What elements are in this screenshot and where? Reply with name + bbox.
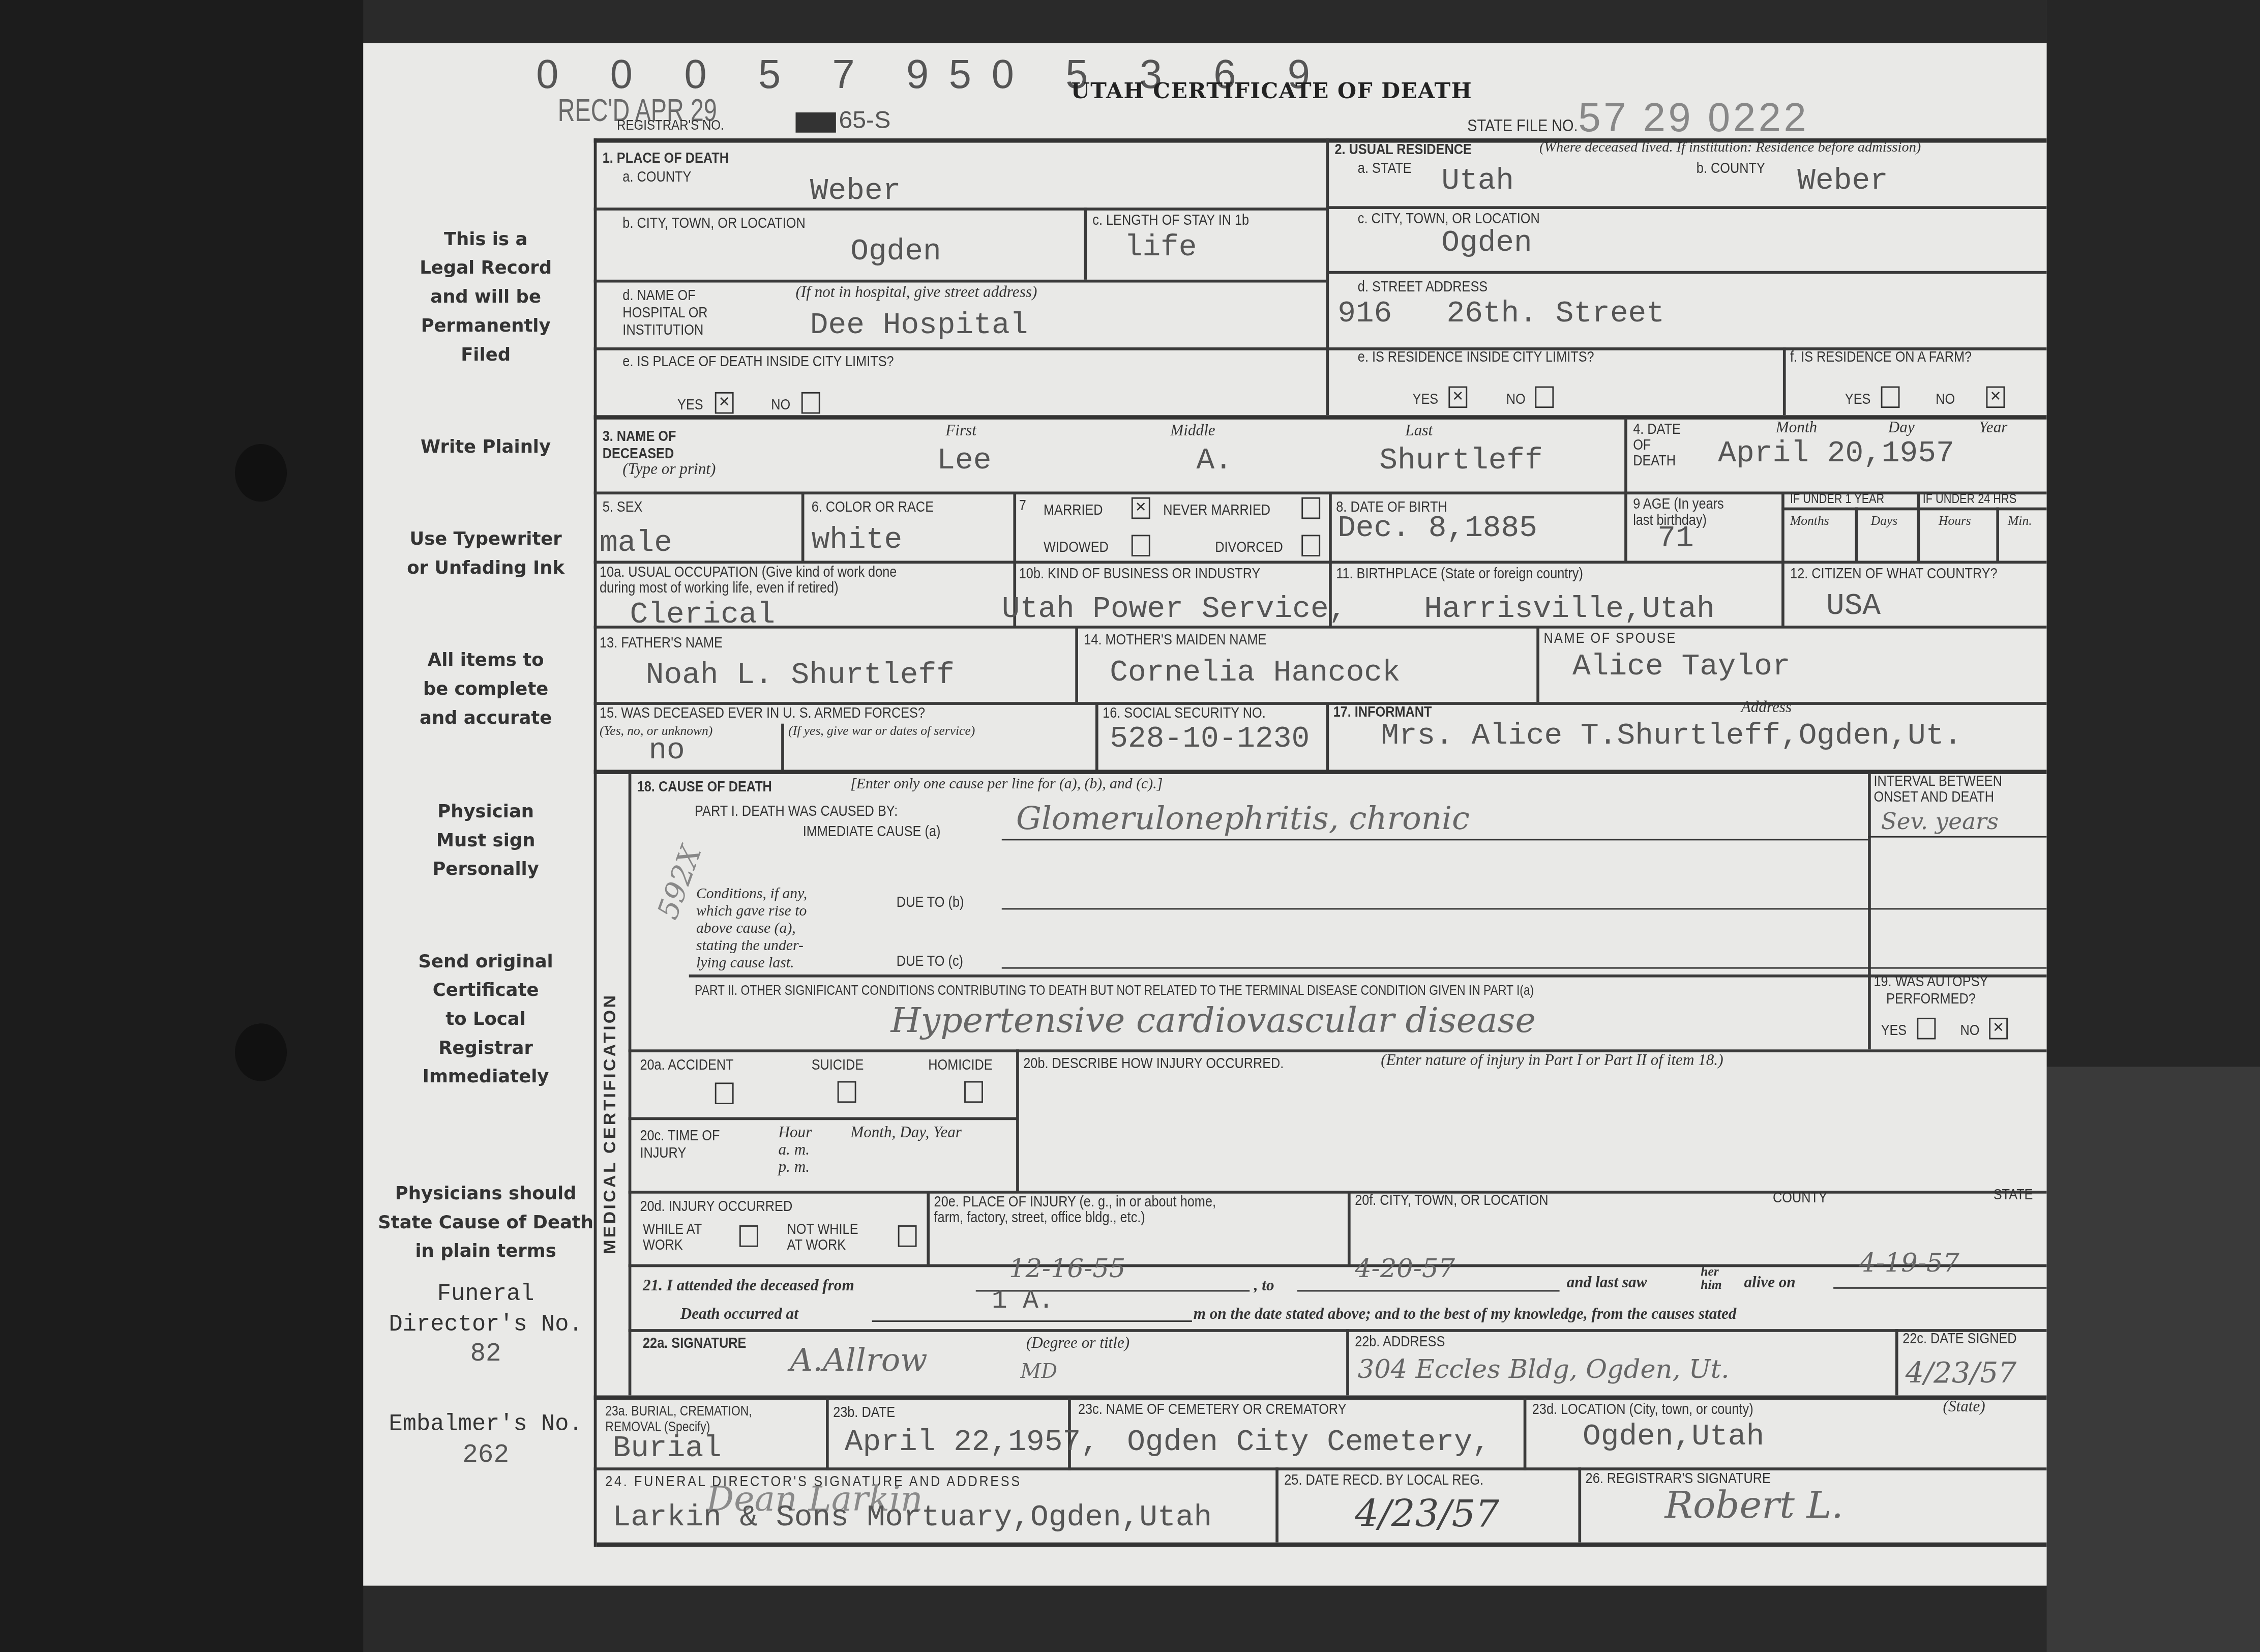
burial-state-label: (State) (1943, 1398, 1985, 1415)
pod-hospital-hint: (If not in hospital, give street address… (795, 284, 1037, 301)
res-street-label: d. STREET ADDRESS (1358, 278, 1488, 296)
autopsy-no-checkbox[interactable]: ✕ (1989, 1018, 2008, 1040)
divider (1326, 271, 2046, 274)
divider (1855, 508, 1857, 563)
age-value: 71 (1657, 523, 1693, 556)
homicide-label: HOMICIDE (928, 1056, 992, 1074)
divider (1833, 1287, 2046, 1289)
not-while-at-work-label: NOT WHILE AT WORK (787, 1222, 858, 1254)
divider (1781, 493, 1783, 626)
pod-yes-label: YES (677, 396, 703, 414)
conditions-hint: Conditions, if any, which gave rise to a… (696, 887, 807, 973)
res-city-label: c. CITY, TOWN, OR LOCATION (1358, 211, 1540, 228)
min-label: Min. (2008, 513, 2032, 527)
res-city-value: Ogden (1441, 228, 1532, 261)
res-city-limits-yes-label: YES (1413, 391, 1439, 408)
state-file-label: STATE FILE NO. (1467, 115, 1578, 136)
res-city-limits-label: e. IS RESIDENCE INSIDE CITY LIMITS? (1358, 349, 1594, 366)
autopsy-no-label: NO (1960, 1022, 1980, 1039)
divider (1868, 836, 2046, 838)
divider (1868, 773, 1871, 1049)
cause-of-death-hint: [Enter only one cause per line for (a), … (850, 777, 1163, 793)
res-street-value: 916 26th. Street (1337, 299, 1664, 332)
informant-address-label: Address (1741, 699, 1792, 717)
pod-county-label: a. COUNTY (622, 169, 691, 186)
sex-value: male (600, 527, 672, 560)
marital-number: 7 (1019, 497, 1026, 515)
spouse-label: NAME OF SPOUSE (1543, 630, 1676, 647)
divider (872, 1320, 1192, 1322)
mother-label: 14. MOTHER'S MAIDEN NAME (1084, 631, 1266, 648)
pod-city-limits-label: e. IS PLACE OF DEATH INSIDE CITY LIMITS? (622, 353, 894, 370)
autopsy-yes-checkbox[interactable] (1917, 1018, 1936, 1040)
divider (629, 1264, 2047, 1267)
due-to-b-label: DUE TO (b) (897, 894, 964, 911)
divider (826, 1398, 828, 1470)
middle-name-value: A. (1196, 446, 1232, 479)
divider (1781, 508, 2046, 510)
pod-county-value: Weber (810, 176, 901, 209)
due-to-c-label: DUE TO (c) (897, 953, 963, 970)
middle-name-label: Middle (1170, 422, 1215, 439)
divider (1578, 1467, 1580, 1542)
date-received-value: 4/23/57 (1355, 1493, 1499, 1537)
death-occurred-tail: m on the date stated above; and to the b… (1194, 1306, 1737, 1323)
never-married-label: NEVER MARRIED (1163, 501, 1270, 519)
scan-stage: This is a Legal Record and will be Perma… (0, 0, 2260, 1652)
burial-location-value: Ogden,Utah (1583, 1422, 1764, 1455)
pod-hospital-label: d. NAME OF HOSPITAL OR INSTITUTION (622, 287, 707, 339)
scan-background-right-top (2047, 0, 2260, 1067)
divider (594, 1396, 2047, 1400)
divider (1524, 1398, 1526, 1470)
birthplace-label: 11. BIRTHPLACE (State or foreign country… (1336, 565, 1583, 582)
part2-value: Hypertensive cardiovascular disease (891, 1000, 1536, 1041)
res-county-value: Weber (1797, 166, 1888, 199)
not-while-at-work-checkbox[interactable] (898, 1225, 917, 1247)
divider (1075, 627, 1077, 702)
divider (1002, 967, 2047, 969)
date-received-label: 25. DATE RECD. BY LOCAL REG. (1284, 1472, 1483, 1489)
divider (781, 724, 783, 772)
pod-yes-checkbox[interactable]: ✕ (715, 392, 734, 414)
occupation-value: Clerical (630, 600, 776, 633)
disposition-value: Burial (613, 1433, 722, 1466)
margin-note-cause-plain: Physicians should State Cause of Death i… (370, 1179, 601, 1265)
hours-label: Hours (1939, 513, 1971, 527)
attended-to-value: 4-20-57 (1355, 1254, 1455, 1285)
divider (1917, 493, 1919, 562)
pronoun-label: her him (1701, 1265, 1721, 1291)
never-married-checkbox[interactable] (1301, 497, 1320, 519)
divider (1329, 493, 1331, 562)
embalmer-no-value: 262 (363, 1441, 608, 1472)
injury-county-label: COUNTY (1773, 1189, 1827, 1206)
deceased-name-label: 3. NAME OF DECEASED (603, 428, 676, 463)
divider (1326, 703, 1328, 771)
divider (1346, 1329, 1348, 1395)
hour-label: Hour a. m. p. m. (778, 1125, 812, 1176)
father-label: 13. FATHER'S NAME (600, 634, 723, 652)
attended-from-value: 12-16-55 (1009, 1254, 1125, 1285)
res-farm-yes-label: YES (1845, 391, 1871, 408)
divider (1895, 1329, 1897, 1395)
divorced-label: DIVORCED (1215, 539, 1283, 556)
suicide-checkbox[interactable] (838, 1081, 856, 1103)
divorced-checkbox[interactable] (1301, 535, 1320, 556)
married-label: MARRIED (1044, 501, 1103, 519)
first-name-value: Lee (937, 446, 991, 479)
res-state-value: Utah (1441, 166, 1514, 199)
divider (1013, 493, 1015, 562)
cause-of-death-label: 18. CAUSE OF DEATH (637, 778, 772, 795)
injury-occurred-label: 20d. INJURY OCCURRED (640, 1198, 792, 1215)
widowed-checkbox[interactable] (1132, 535, 1150, 556)
last-name-label: Last (1405, 422, 1433, 439)
birth-date-value: Dec. 8,1885 (1337, 513, 1537, 546)
pod-stay-value: life (1124, 232, 1197, 265)
place-of-death-label: 1. PLACE OF DEATH (603, 150, 729, 167)
pod-city-label: b. CITY, TOWN, OR LOCATION (622, 215, 805, 232)
registrars-no-label: REGISTRAR'S NO. (617, 118, 724, 134)
res-city-limits-yes-checkbox[interactable]: ✕ (1448, 387, 1467, 408)
margin-note-send-original: Send original Certificate to Local Regis… (378, 947, 594, 1091)
accident-label: 20a. ACCIDENT (640, 1056, 733, 1074)
res-city-limits-no-label: NO (1506, 391, 1526, 408)
death-date-label: 4. DATE OF DEATH (1633, 422, 1681, 470)
divider (689, 975, 2047, 978)
race-value: white (812, 525, 903, 558)
divider (1783, 347, 1785, 415)
divider (594, 208, 1326, 211)
date-signed-value: 4/23/57 (1906, 1355, 2017, 1390)
margin-note-legal-record: This is a Legal Record and will be Perma… (378, 225, 594, 369)
divider (629, 1049, 2047, 1052)
father-value: Noah L. Shurtleff (646, 660, 955, 693)
pod-hospital-value: Dee Hospital (810, 310, 1028, 343)
burial-date-label: 23b. DATE (833, 1404, 895, 1422)
state-file-value: 57 29 0222 (1578, 95, 1809, 141)
divider (927, 1191, 929, 1265)
physician-address-label: 22b. ADDRESS (1355, 1334, 1445, 1351)
while-at-work-checkbox[interactable] (739, 1225, 758, 1247)
month-day-year-label: Month, Day, Year (850, 1125, 962, 1142)
attended-to-label: , to (1254, 1277, 1274, 1294)
accident-checkbox[interactable] (715, 1082, 734, 1104)
ssn-value: 528-10-1230 (1110, 724, 1310, 757)
death-occurred-label: Death occurred at (680, 1306, 798, 1323)
physician-signature: A.Allrow (790, 1343, 927, 1379)
res-farm-yes-checkbox[interactable] (1881, 387, 1900, 408)
res-county-label: b. COUNTY (1697, 160, 1765, 178)
margin-note-write-plainly: Write Plainly (378, 432, 594, 461)
divider (1348, 1191, 1350, 1265)
cemetery-label: 23c. NAME OF CEMETERY OR CREMATORY (1078, 1401, 1347, 1419)
part1-label: PART I. DEATH WAS CAUSED BY: (695, 803, 898, 820)
divider (1326, 138, 1328, 415)
alive-on-label: alive on (1744, 1274, 1795, 1291)
res-farm-no-checkbox[interactable]: ✕ (1986, 387, 2005, 408)
divider (594, 415, 2047, 420)
time-of-injury-label: 20c. TIME OF INJURY (640, 1127, 720, 1162)
death-occurred-time: 1 A. (992, 1287, 1054, 1316)
document-title: UTAH CERTIFICATE OF DEATH (1071, 78, 1472, 104)
cemetery-value: Ogden City Cemetery, (1127, 1427, 1490, 1460)
funeral-director-no-value: 82 (363, 1341, 608, 1371)
divider (1084, 208, 1086, 280)
funeral-director-no-label: Funeral Director's No. (363, 1280, 608, 1341)
armed-forces-label: 15. WAS DECEASED EVER IN U. S. ARMED FOR… (600, 705, 925, 722)
burial-location-label: 23d. LOCATION (City, town, or county) (1532, 1401, 1753, 1419)
armed-forces-value: no (648, 735, 685, 768)
death-date-value: April 20,1957 (1718, 438, 1954, 471)
margin-note-typewriter: Use Typewriter or Unfading Ink (378, 525, 594, 582)
alive-on-value: 4-19-57 (1859, 1248, 1959, 1279)
divider (594, 1467, 2047, 1470)
deceased-name-hint: (Type or print) (622, 461, 716, 479)
pod-no-label: NO (771, 396, 790, 414)
pod-no-checkbox[interactable] (801, 392, 820, 414)
describe-injury-label: 20b. DESCRIBE HOW INJURY OCCURRED. (1023, 1055, 1284, 1073)
mother-value: Cornelia Hancock (1110, 657, 1400, 690)
while-at-work-label: WHILE AT WORK (643, 1222, 702, 1254)
spouse-value: Alice Taylor (1572, 652, 1791, 685)
immediate-cause-label: IMMEDIATE CAUSE (a) (803, 823, 941, 840)
divider (594, 280, 1326, 283)
occupation-label: 10a. USUAL OCCUPATION (Give kind of work… (600, 565, 897, 597)
divider (1275, 1467, 1277, 1542)
place-of-injury-label: 20e. PLACE OF INJURY (e. g., in or about… (934, 1195, 1216, 1227)
citizen-label: 12. CITIZEN OF WHAT COUNTRY? (1790, 565, 1998, 582)
business-value: Utah Power Service, (1002, 594, 1347, 627)
under-year-label: IF UNDER 1 YEAR (1790, 491, 1884, 506)
margin-note-complete: All items to be complete and accurate (378, 646, 594, 732)
ssn-label: 16. SOCIAL SECURITY NO. (1103, 705, 1266, 722)
suicide-label: SUICIDE (812, 1056, 864, 1074)
divider (594, 770, 2047, 774)
birthplace-value: Harrisville,Utah (1424, 594, 1714, 627)
form-bottom-border (597, 1543, 2046, 1547)
divider (629, 1329, 2047, 1332)
divider (801, 493, 804, 562)
divider (629, 773, 632, 1395)
interval-label: INTERVAL BETWEEN ONSET AND DEATH (1874, 774, 2002, 806)
disposition-label: 23a. BURIAL, CREMATION, REMOVAL (Specify… (605, 1404, 752, 1436)
usual-residence-hint: (Where deceased lived. If institution: R… (1539, 140, 1921, 156)
res-city-limits-no-checkbox[interactable] (1535, 387, 1554, 408)
months-label: Months (1790, 513, 1829, 527)
burial-date-value: April 22,1957, (845, 1427, 1099, 1460)
registrars-no-value: 65-S (839, 107, 891, 136)
injury-location-label: 20f. CITY, TOWN, OR LOCATION (1355, 1192, 1548, 1209)
embalmer-no-label: Embalmer's No. (363, 1410, 608, 1440)
divider (1624, 418, 1626, 493)
interval-value: Sev. years (1881, 807, 1999, 835)
immediate-cause-value: Glomerulonephritis, chronic (1016, 802, 1470, 838)
homicide-checkbox[interactable] (964, 1081, 983, 1103)
autopsy-yes-label: YES (1881, 1022, 1907, 1039)
divider (1624, 493, 1626, 562)
armed-service-hint: (If yes, give war or dates of service) (788, 724, 975, 738)
medical-certification-label: MEDICAL CERTIFICATION (600, 993, 620, 1254)
attended-label: 21. I attended the deceased from (643, 1277, 854, 1294)
sex-label: 5. SEX (603, 499, 643, 516)
res-state-label: a. STATE (1358, 160, 1412, 178)
business-label: 10b. KIND OF BUSINESS OR INDUSTRY (1019, 565, 1261, 582)
first-name-label: First (945, 422, 976, 439)
divider (1002, 839, 1868, 841)
divider (629, 1191, 2047, 1194)
res-farm-label: f. IS RESIDENCE ON A FARM? (1790, 349, 1972, 366)
married-checkbox[interactable]: ✕ (1132, 497, 1150, 519)
under-24-label: IF UNDER 24 HRS (1923, 491, 2016, 506)
date-signed-label: 22c. DATE SIGNED (1902, 1331, 2016, 1348)
last-name-value: Shurtleff (1379, 446, 1542, 479)
widowed-label: WIDOWED (1044, 539, 1109, 556)
physician-address-value: 304 Eccles Bldg, Ogden, Ut. (1358, 1355, 1730, 1385)
pod-city-value: Ogden (850, 237, 941, 270)
punch-hole-icon (235, 1023, 287, 1081)
death-year-label: Year (1979, 420, 2007, 437)
death-month-label: Month (1776, 420, 1817, 437)
divider (629, 1117, 1018, 1120)
res-farm-no-label: NO (1936, 391, 1955, 408)
citizen-value: USA (1826, 591, 1881, 624)
divider (1297, 1290, 1560, 1292)
signature-label: 22a. SIGNATURE (643, 1335, 746, 1352)
divider (1002, 908, 2047, 910)
death-day-label: Day (1888, 420, 1915, 437)
injury-state-label: STATE (1994, 1187, 2033, 1204)
redacted-mark (795, 112, 836, 133)
registrar-signature: Robert L. (1665, 1485, 1843, 1528)
punch-hole-icon (235, 444, 287, 501)
funeral-director-value: Larkin & Sons Mortuary,Ogden,Utah (613, 1502, 1212, 1535)
usual-residence-label: 2. USUAL RESIDENCE (1334, 141, 1471, 159)
describe-injury-hint: (Enter nature of injury in Part I or Par… (1381, 1052, 1723, 1070)
degree-value: MD (1021, 1361, 1057, 1383)
divider (1095, 703, 1097, 771)
divider (1996, 508, 1998, 563)
days-label: Days (1871, 513, 1897, 527)
divider (1326, 206, 2046, 209)
autopsy-label: 19. WAS AUTOPSY PERFORMED? (1874, 973, 1988, 1008)
degree-label: (Degree or title) (1026, 1335, 1129, 1352)
last-saw-label: and last saw (1567, 1274, 1647, 1291)
scan-background-left (0, 0, 363, 1652)
informant-label: 17. INFORMANT (1333, 703, 1432, 721)
pod-stay-label: c. LENGTH OF STAY IN 1b (1092, 212, 1249, 229)
race-label: 6. COLOR OR RACE (812, 499, 934, 516)
informant-value: Mrs. Alice T.Shurtleff,Ogden,Ut. (1381, 721, 1962, 754)
divider (1536, 627, 1538, 702)
part2-label: PART II. OTHER SIGNIFICANT CONDITIONS CO… (695, 983, 1534, 999)
margin-note-physician-sign: Physician Must sign Personally (378, 797, 594, 883)
